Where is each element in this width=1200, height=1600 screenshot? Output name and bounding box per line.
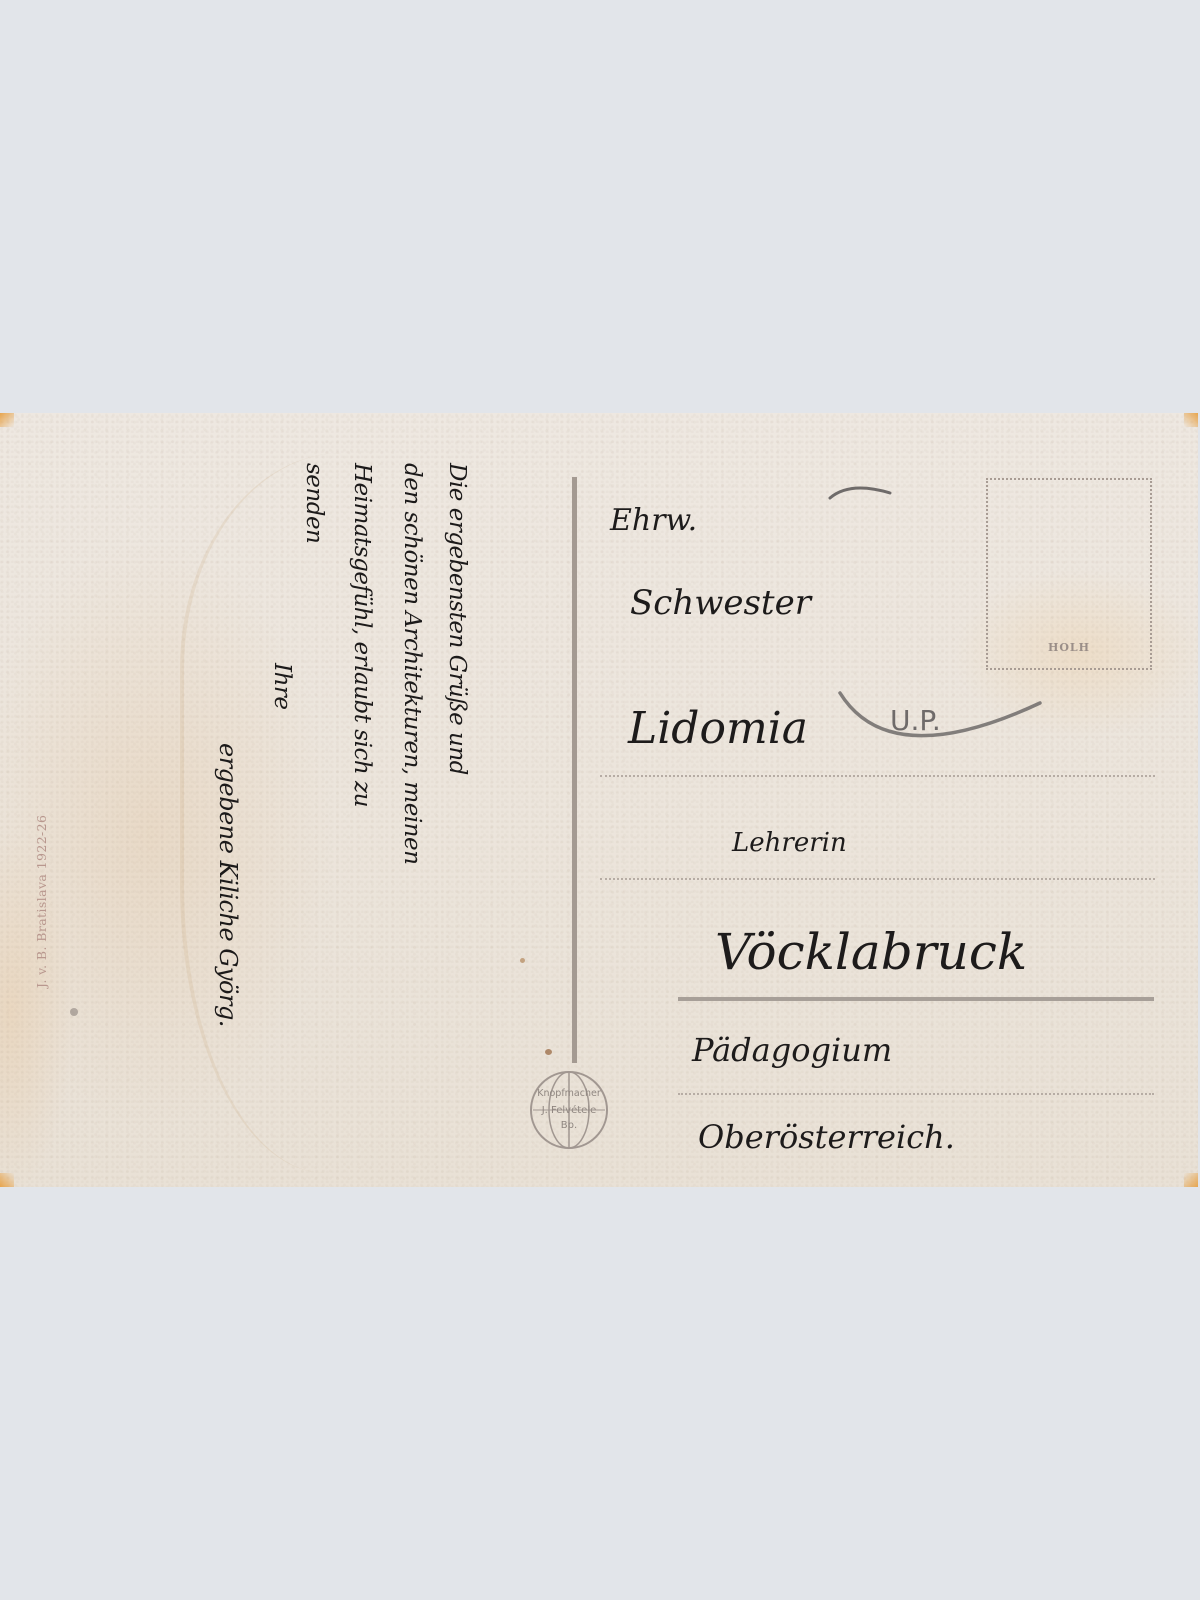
svg-text:Bp.: Bp. [561,1120,577,1131]
address-occupation: Lehrerin [732,828,847,858]
postmark-icon: U.P. [820,473,1050,743]
address-title: Schwester [630,583,811,623]
postcard-back: J. v. B. Bratislava 1922-26 Die ergebens… [0,413,1198,1187]
stain-spot [545,1049,552,1055]
address-region: Oberösterreich. [698,1118,955,1156]
message-line: Heimatsgefühl, erlaubt sich zu [349,463,375,807]
corner-wear [1184,413,1198,427]
address-city: Vöcklabruck [715,923,1027,981]
globe-logo-icon: Knopfmacher J. Felvétele Bp. [527,1068,611,1152]
address-name: Lidomia [628,703,808,754]
svg-text:Knopfmacher: Knopfmacher [537,1088,601,1099]
image-stage: J. v. B. Bratislava 1922-26 Die ergebens… [0,0,1200,1600]
corner-wear [1184,1173,1198,1187]
publisher-imprint: J. v. B. Bratislava 1922-26 [34,815,49,988]
message-line: den schönen Architekturen, meinen [399,463,425,864]
address-rule [678,1093,1154,1095]
address-salutation: Ehrw. [610,503,697,538]
address-rule-heavy [678,997,1154,1001]
message-line: Die ergebensten Grüße und [444,463,470,775]
divider-line [572,477,577,1063]
address-institution: Pädagogium [692,1031,892,1069]
address-rule [600,878,1155,880]
stain-spot [520,958,525,963]
svg-text:J. Felvétele: J. Felvétele [541,1104,597,1116]
corner-wear [0,413,14,427]
stain-spot [70,1008,78,1016]
message-closing: Ihre [269,663,295,710]
address-rule [600,775,1155,777]
message-line: senden [301,463,327,543]
corner-wear [0,1173,14,1187]
message-signature: ergebene Kiliche Györg. [214,743,242,1027]
svg-text:U.P.: U.P. [890,704,941,737]
